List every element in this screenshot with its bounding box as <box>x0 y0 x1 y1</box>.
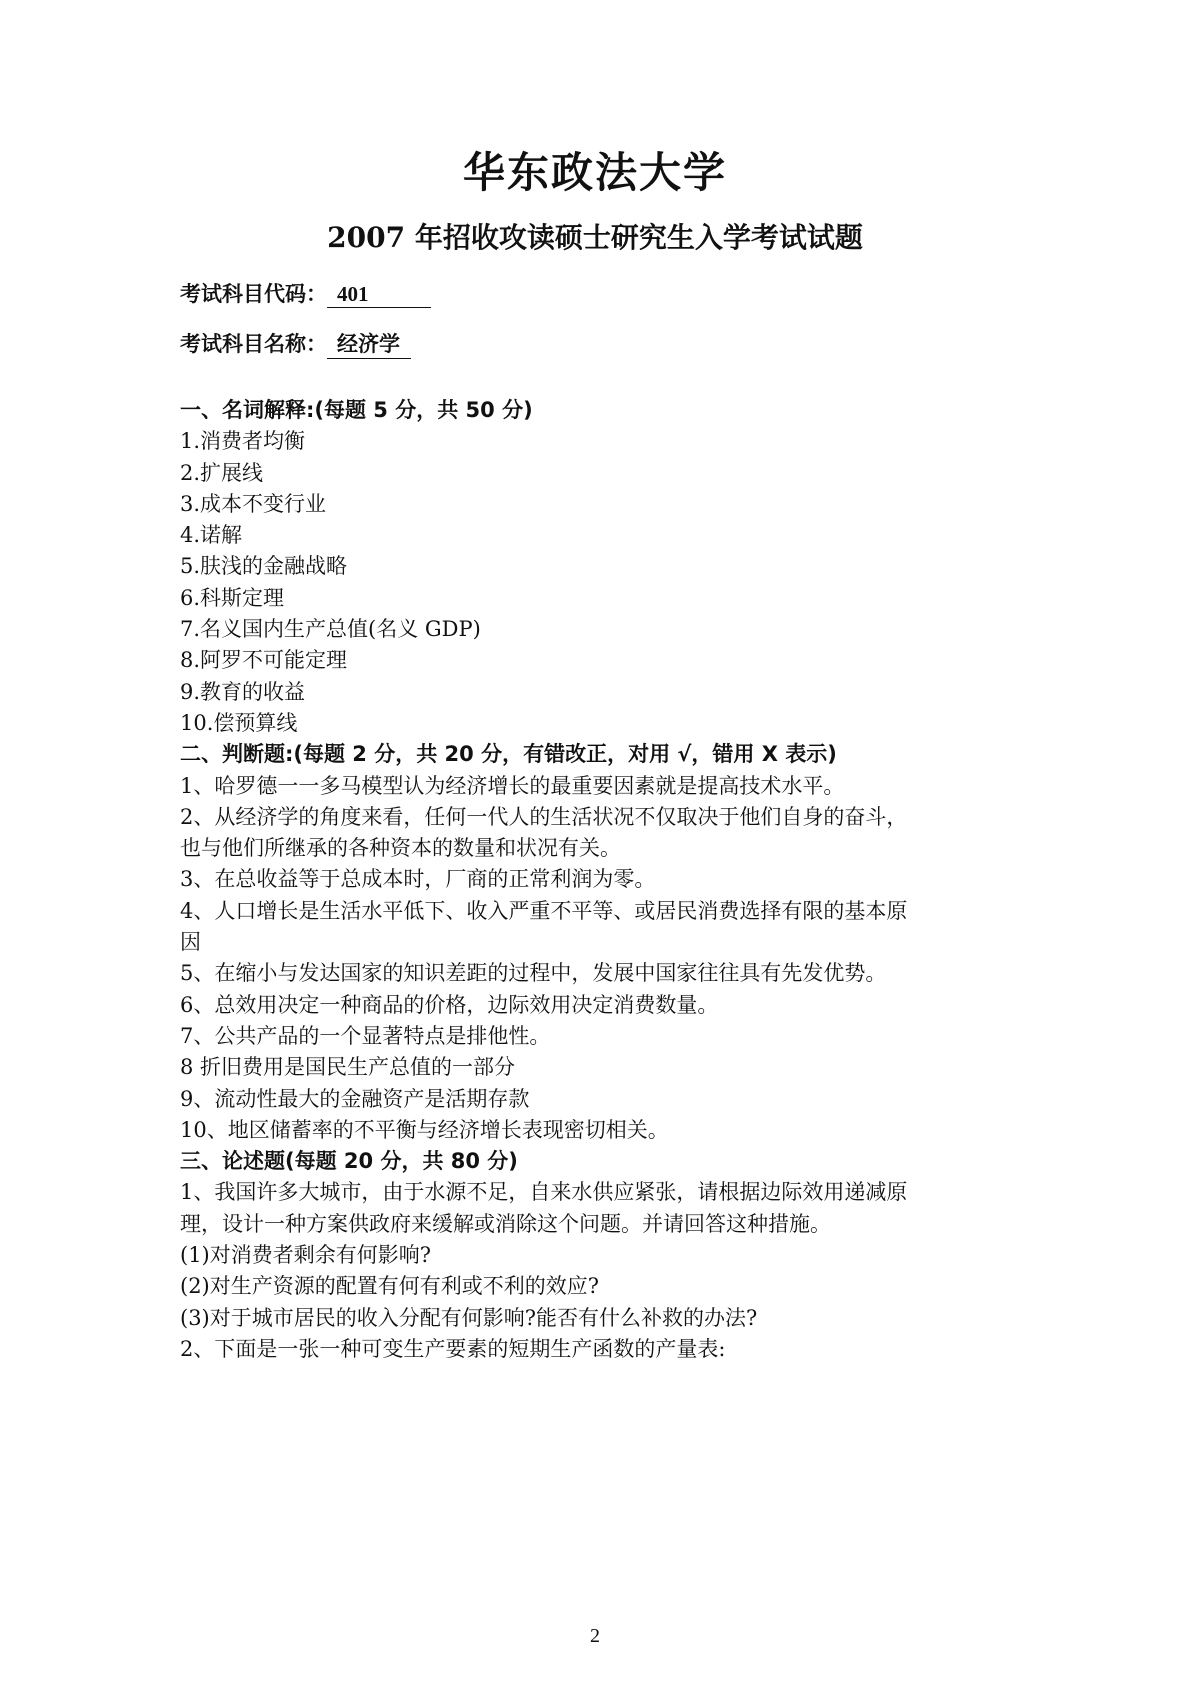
subject-code-value: 401 <box>327 282 431 308</box>
list-item: 1、哈罗德一一多马模型认为经济增长的最重要因素就是提高技术水平。 <box>180 771 1030 802</box>
list-item: 10、地区储蓄率的不平衡与经济增长表现密切相关。 <box>180 1115 1030 1146</box>
sub-question: (1)对消费者剩余有何影响? <box>180 1240 1030 1271</box>
list-item: 8 折旧费用是国民生产总值的一部分 <box>180 1052 1030 1083</box>
section-heading-true-false: 二、判断题:(每题 2 分，共 20 分，有错改正，对用 √，错用 X 表示) <box>180 739 1030 770</box>
exam-title: 2007 年招收攻读硕士研究生入学考试试题 <box>0 216 1190 256</box>
subject-code-row: 考试科目代码：401 <box>180 278 431 308</box>
list-item-continuation: 也与他们所继承的各种资本的数量和状况有关。 <box>180 833 1030 864</box>
subject-name-label: 考试科目名称： <box>180 332 327 356</box>
list-item: 2、下面是一张一种可变生产要素的短期生产函数的产量表: <box>180 1334 1030 1365</box>
subject-name-value: 经济学 <box>327 328 411 359</box>
page-number: 2 <box>0 1625 1190 1648</box>
list-item: 9、流动性最大的金融资产是活期存款 <box>180 1084 1030 1115</box>
exam-content: 一、名词解释:(每题 5 分，共 50 分) 1.消费者均衡 2.扩展线 3.成… <box>180 395 1030 1365</box>
subject-code-label: 考试科目代码： <box>180 282 327 306</box>
list-item: 8.阿罗不可能定理 <box>180 645 1030 676</box>
list-item: 10.偿预算线 <box>180 708 1030 739</box>
sub-question: (2)对生产资源的配置有何有利或不利的效应? <box>180 1271 1030 1302</box>
list-item: 5.肤浅的金融战略 <box>180 551 1030 582</box>
list-item: 5、在缩小与发达国家的知识差距的过程中，发展中国家往往具有先发优势。 <box>180 958 1030 989</box>
list-item: 7.名义国内生产总值(名义 GDP) <box>180 614 1030 645</box>
list-item: 2.扩展线 <box>180 458 1030 489</box>
list-item: 4、人口增长是生活水平低下、收入严重不平等、或居民消费选择有限的基本原 <box>180 896 1030 927</box>
list-item: 2、从经济学的角度来看，任何一代人的生活状况不仅取决于他们自身的奋斗， <box>180 802 1030 833</box>
subject-name-row: 考试科目名称：经济学 <box>180 328 411 359</box>
university-title: 华东政法大学 <box>0 140 1190 200</box>
list-item: 4.诺解 <box>180 520 1030 551</box>
list-item: 3.成本不变行业 <box>180 489 1030 520</box>
list-item: 1.消费者均衡 <box>180 426 1030 457</box>
list-item: 3、在总收益等于总成本时，厂商的正常利润为零。 <box>180 864 1030 895</box>
list-item: 9.教育的收益 <box>180 677 1030 708</box>
list-item: 7、公共产品的一个显著特点是排他性。 <box>180 1021 1030 1052</box>
section-heading-essay: 三、论述题(每题 20 分，共 80 分) <box>180 1146 1030 1177</box>
section-heading-definitions: 一、名词解释:(每题 5 分，共 50 分) <box>180 395 1030 426</box>
list-item: 1、我国许多大城市，由于水源不足，自来水供应紧张，请根据边际效用递减原 <box>180 1177 1030 1208</box>
list-item-continuation: 理，设计一种方案供政府来缓解或消除这个问题。并请回答这种措施。 <box>180 1209 1030 1240</box>
sub-question: (3)对于城市居民的收入分配有何影响?能否有什么补救的办法? <box>180 1303 1030 1334</box>
list-item-continuation: 因 <box>180 927 1030 958</box>
list-item: 6、总效用决定一种商品的价格，边际效用决定消费数量。 <box>180 990 1030 1021</box>
list-item: 6.科斯定理 <box>180 583 1030 614</box>
